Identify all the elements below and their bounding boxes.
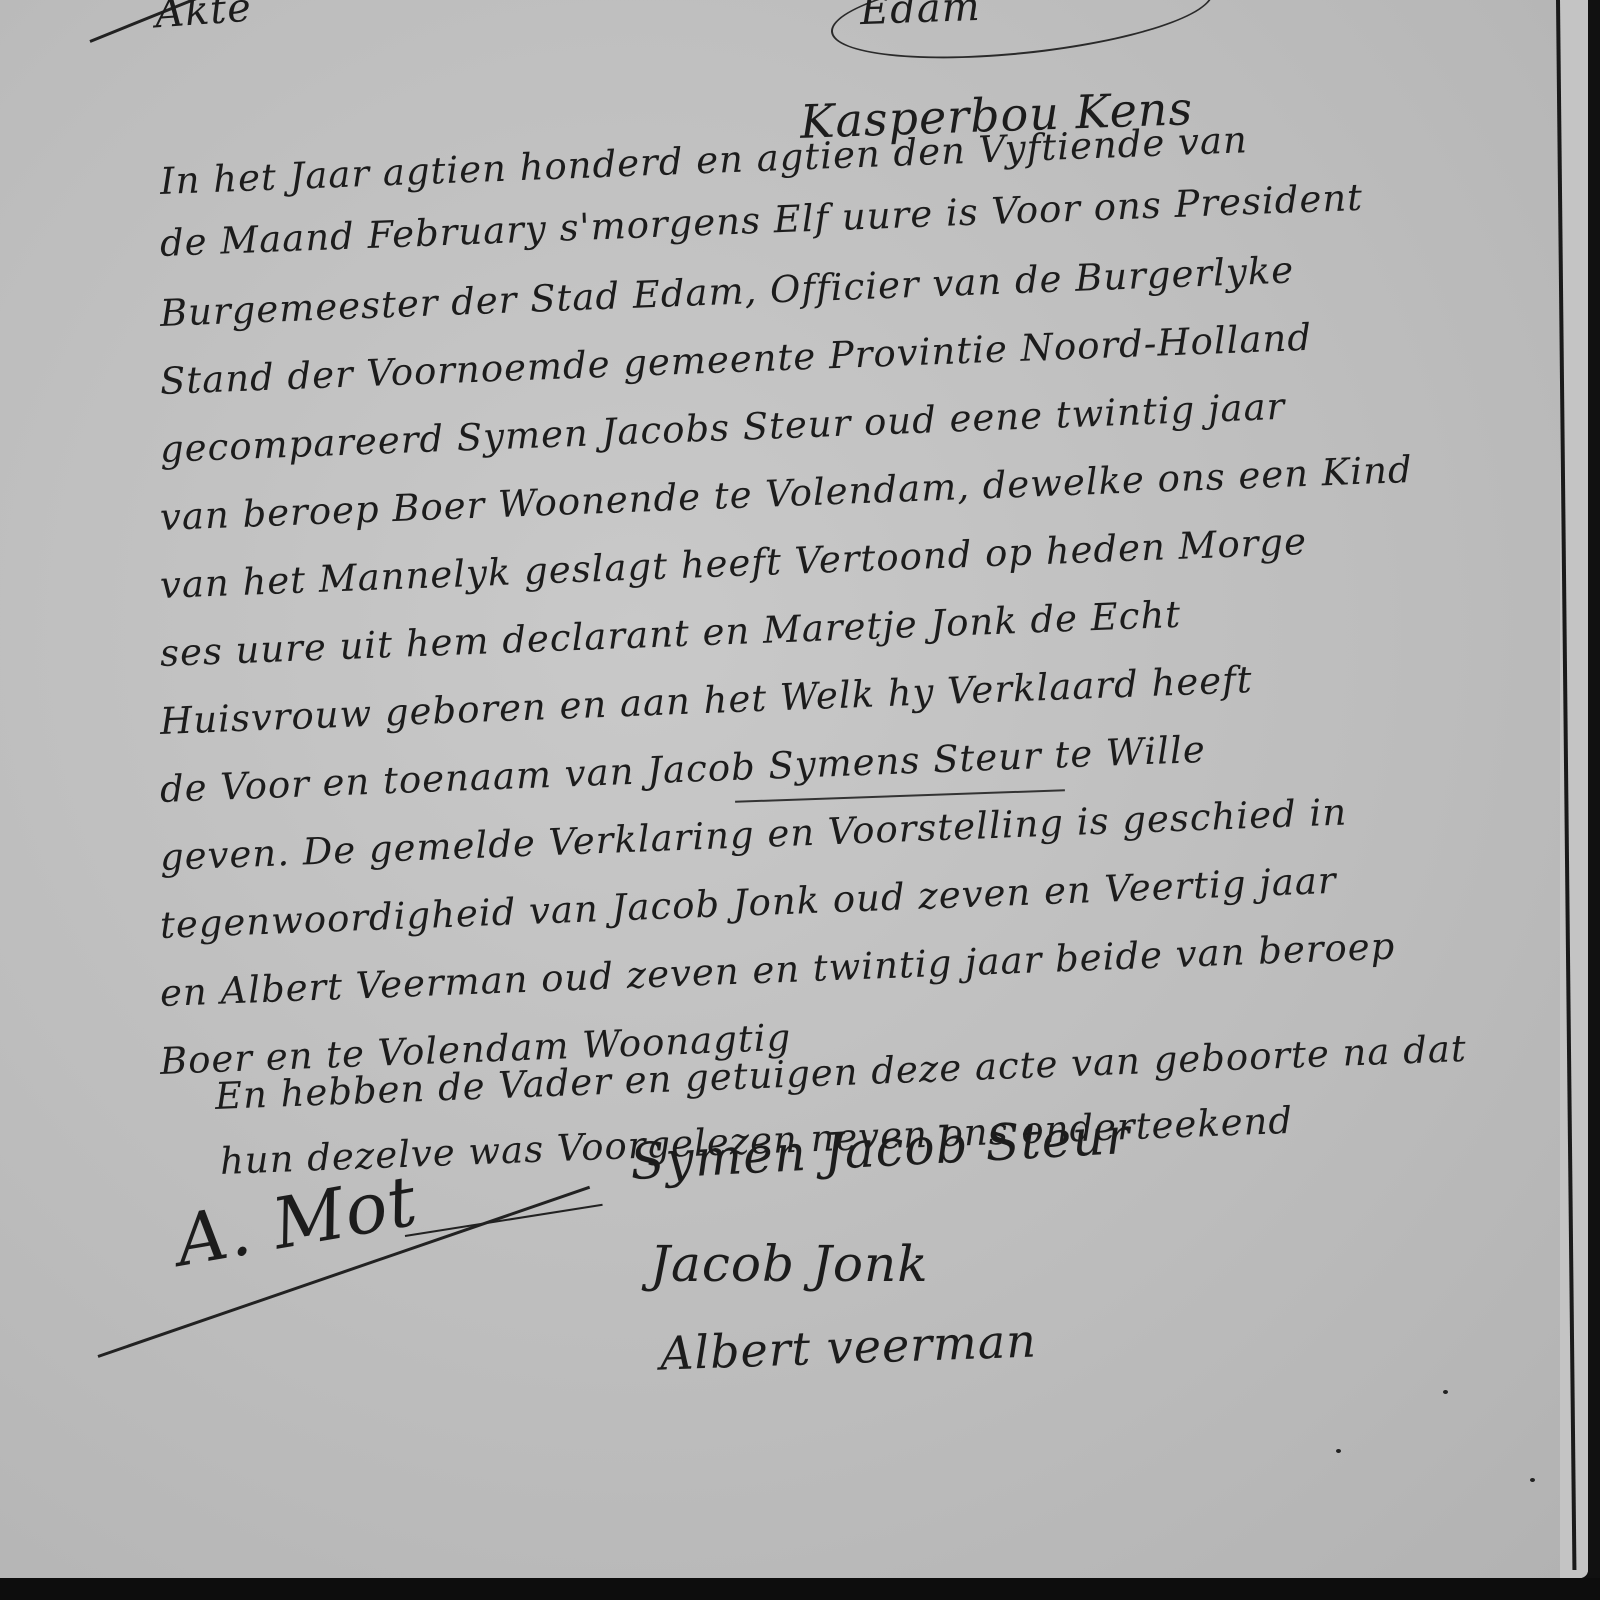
signature-father: Symen Jacob Steur <box>629 1107 1132 1191</box>
scan-bottom-edge <box>0 1578 1600 1600</box>
header-left-mark: Akte <box>154 0 254 37</box>
body-line-5: gecompareerd Symen Jacobs Steur oud eene… <box>159 385 1286 471</box>
signature-official-stroke <box>405 1204 603 1237</box>
ink-speck <box>1336 1449 1341 1453</box>
body-line-10: de Voor en toenaam van Jacob Symens Steu… <box>159 728 1206 811</box>
body-line-9: Huisvrouw geboren en aan het Welk hy Ver… <box>159 658 1253 743</box>
signature-witness-2: Albert veerman <box>659 1313 1037 1380</box>
body-line-8: ses uure uit hem declarant en Maretje Jo… <box>159 593 1182 675</box>
signature-witness-1: Jacob Jonk <box>650 1235 929 1293</box>
ink-speck <box>1443 1390 1448 1394</box>
underline-child-name <box>735 789 1065 803</box>
header-center-mark: Edam <box>859 0 981 34</box>
document-page: Akte Edam Kasperbou Kens In het Jaar agt… <box>0 0 1588 1578</box>
ink-speck <box>1530 1478 1535 1482</box>
